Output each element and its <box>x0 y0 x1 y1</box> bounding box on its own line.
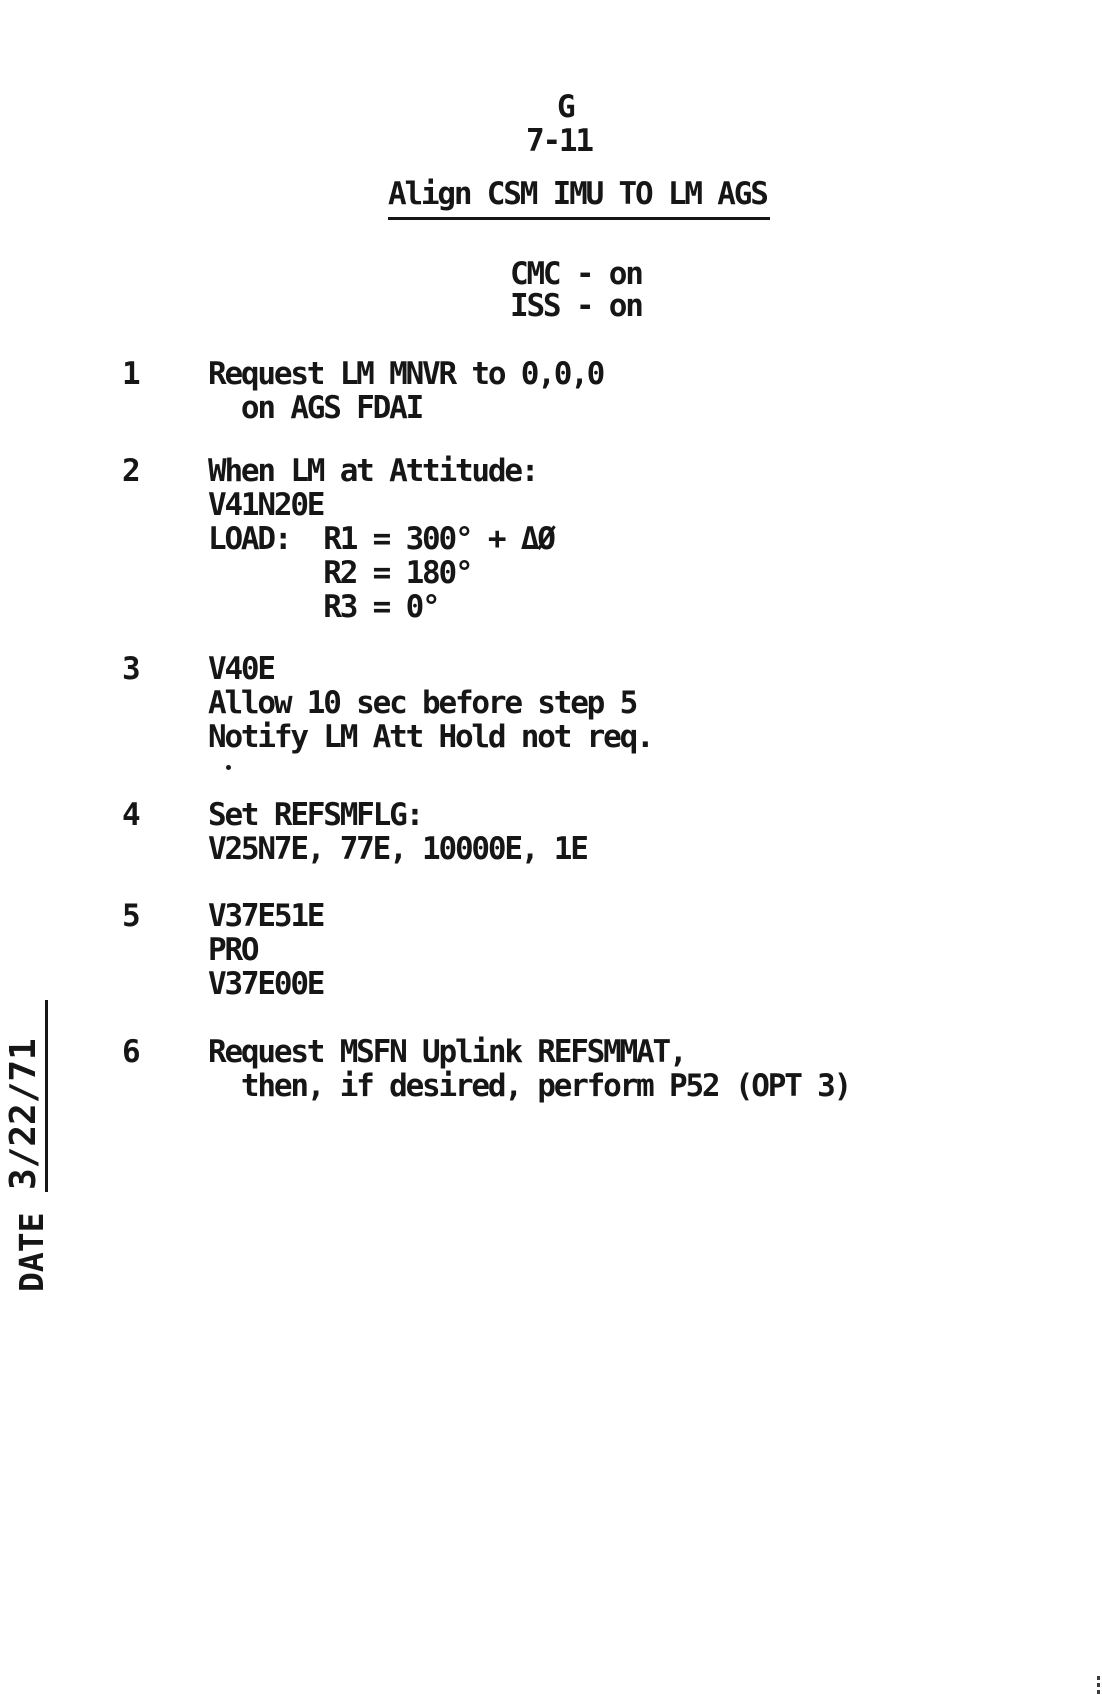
step-line: V37E00E <box>208 967 323 1001</box>
step-line: Allow 10 sec before step 5 <box>208 686 653 720</box>
step-number: 5 <box>122 899 138 933</box>
page-number: 7-11 <box>526 124 592 158</box>
step-number: 3 <box>122 652 138 686</box>
step-line: on AGS FDAI <box>208 391 603 425</box>
scan-artifact-dot <box>226 765 231 770</box>
step-line: PRO <box>208 933 323 967</box>
step-number: 4 <box>122 798 138 832</box>
step-line: Notify LM Att Hold not req. <box>208 720 653 754</box>
page-title: Align CSM IMU TO LM AGS <box>388 177 770 220</box>
step-line: V41N20E <box>208 488 554 522</box>
step-lines: Request LM MNVR to 0,0,0 on AGS FDAI <box>208 357 603 425</box>
step-line: R3 = 0° <box>208 590 554 624</box>
step-line: R2 = 180° <box>208 556 554 590</box>
step-line: V40E <box>208 652 653 686</box>
step-lines: Set REFSMFLG:V25N7E, 77E, 10000E, 1E <box>208 798 587 866</box>
step-line: V25N7E, 77E, 10000E, 1E <box>208 832 587 866</box>
section-letter: G <box>557 90 573 124</box>
config-line-iss: ISS - on <box>510 289 642 323</box>
step-line: Request MSFN Uplink REFSMMAT, <box>208 1035 850 1069</box>
date-label: DATE <box>12 1182 52 1292</box>
step-line: Set REFSMFLG: <box>208 798 587 832</box>
step-number: 6 <box>122 1035 138 1069</box>
date-value: 3/22/71 <box>3 1000 48 1192</box>
step-line: then, if desired, perform P52 (OPT 3) <box>208 1069 850 1103</box>
step-lines: Request MSFN Uplink REFSMMAT, then, if d… <box>208 1035 850 1103</box>
config-line-cmc: CMC - on <box>510 257 642 291</box>
scanned-checklist-page: { "document": { "section_letter": "G", "… <box>0 0 1102 1695</box>
scan-artifact-edge-marks <box>1097 1676 1101 1695</box>
step-number: 2 <box>122 454 138 488</box>
step-lines: V37E51EPROV37E00E <box>208 899 323 1001</box>
step-lines: V40EAllow 10 sec before step 5Notify LM … <box>208 652 653 754</box>
step-number: 1 <box>122 357 138 391</box>
step-line: When LM at Attitude: <box>208 454 554 488</box>
step-line: LOAD: R1 = 300° + ΔØ <box>208 522 554 556</box>
step-lines: When LM at Attitude:V41N20ELOAD: R1 = 30… <box>208 454 554 624</box>
step-line: Request LM MNVR to 0,0,0 <box>208 357 603 391</box>
step-line: V37E51E <box>208 899 323 933</box>
